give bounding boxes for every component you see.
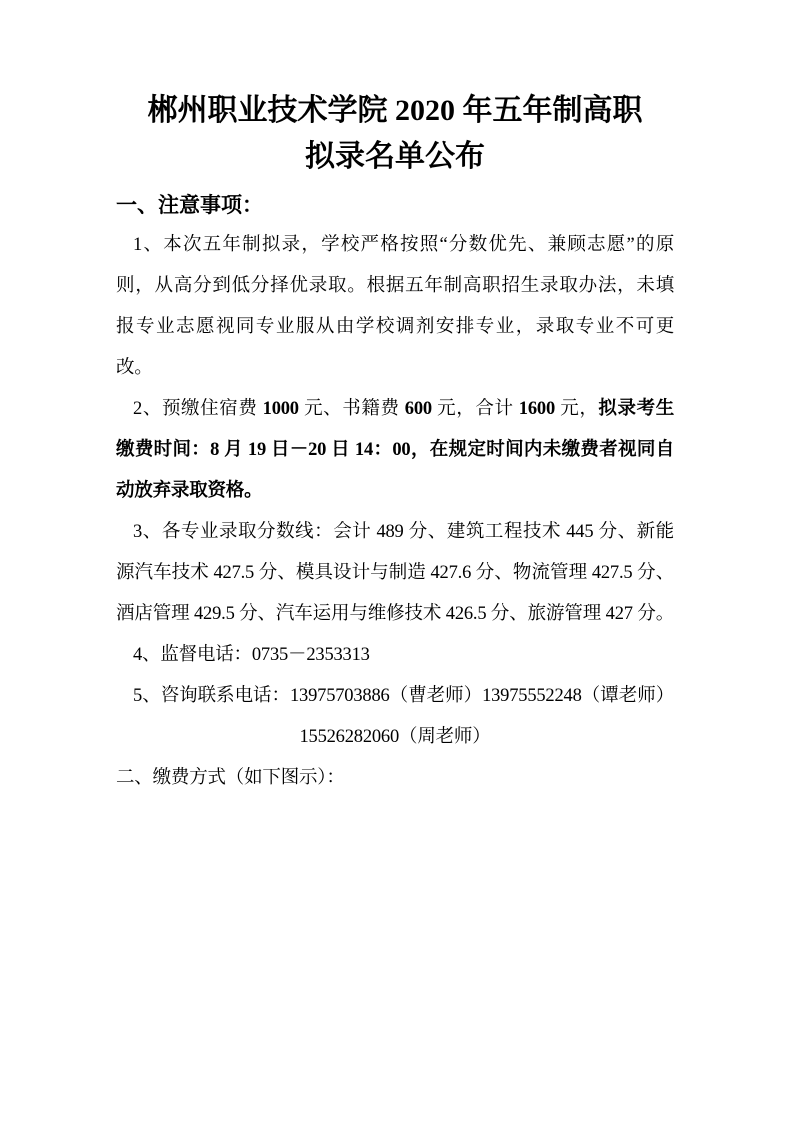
text-segment: 2、预缴住宿费	[133, 399, 263, 419]
text-segment: 元、书籍费	[299, 399, 405, 419]
document-title: 郴州职业技术学院 2020 年五年制高职 拟录名单公布	[116, 88, 674, 180]
item5-line-1: 5、咨询联系电话：13975703886（曹老师）13975552248（谭老师…	[116, 676, 674, 717]
document-page: 郴州职业技术学院 2020 年五年制高职 拟录名单公布 一、注意事项： 1、本次…	[0, 0, 793, 1122]
item1-line-4: 改。	[116, 348, 674, 389]
title-line-1: 郴州职业技术学院 2020 年五年制高职	[116, 88, 674, 134]
item1-line-3: 报专业志愿视同专业服从由学校调剂安排专业，录取专业不可更	[116, 307, 674, 348]
item3-line-3: 酒店管理 429.5 分、汽车运用与维修技术 426.5 分、旅游管理 427 …	[116, 594, 674, 635]
item2-line-3: 动放弃录取资格。	[116, 471, 674, 512]
text-segment: 元，合计	[432, 399, 519, 419]
fee-amount-books: 600	[405, 399, 432, 419]
item1-line-2: 则，从高分到低分择优录取。根据五年制高职招生录取办法，未填	[116, 266, 674, 307]
item2-line-2: 缴费时间：8 月 19 日－20 日 14：00，在规定时间内未缴费者视同自	[116, 430, 674, 471]
text-segment: 元，	[555, 399, 598, 419]
fee-amount-dorm: 1000	[263, 399, 299, 419]
item2-line-1: 2、预缴住宿费 1000 元、书籍费 600 元，合计 1600 元，拟录考生	[116, 389, 674, 430]
item1-line-1: 1、本次五年制拟录，学校严格按照“分数优先、兼顾志愿”的原	[116, 225, 674, 266]
section2-heading: 二、缴费方式（如下图示）：	[116, 758, 674, 799]
section1-heading: 一、注意事项：	[116, 193, 674, 217]
fee-amount-total: 1600	[519, 399, 555, 419]
item4-line-1: 4、监督电话：0735－2353313	[116, 635, 674, 676]
text-segment: 拟录考生	[598, 399, 674, 419]
item3-line-1: 3、各专业录取分数线：会计 489 分、建筑工程技术 445 分、新能	[116, 512, 674, 553]
item3-line-2: 源汽车技术 427.5 分、模具设计与制造 427.6 分、物流管理 427.5…	[116, 553, 674, 594]
item5-line-2: 15526282060（周老师）	[116, 717, 674, 758]
title-line-2: 拟录名单公布	[116, 134, 674, 180]
notice-list: 1、本次五年制拟录，学校严格按照“分数优先、兼顾志愿”的原 则，从高分到低分择优…	[116, 225, 674, 799]
